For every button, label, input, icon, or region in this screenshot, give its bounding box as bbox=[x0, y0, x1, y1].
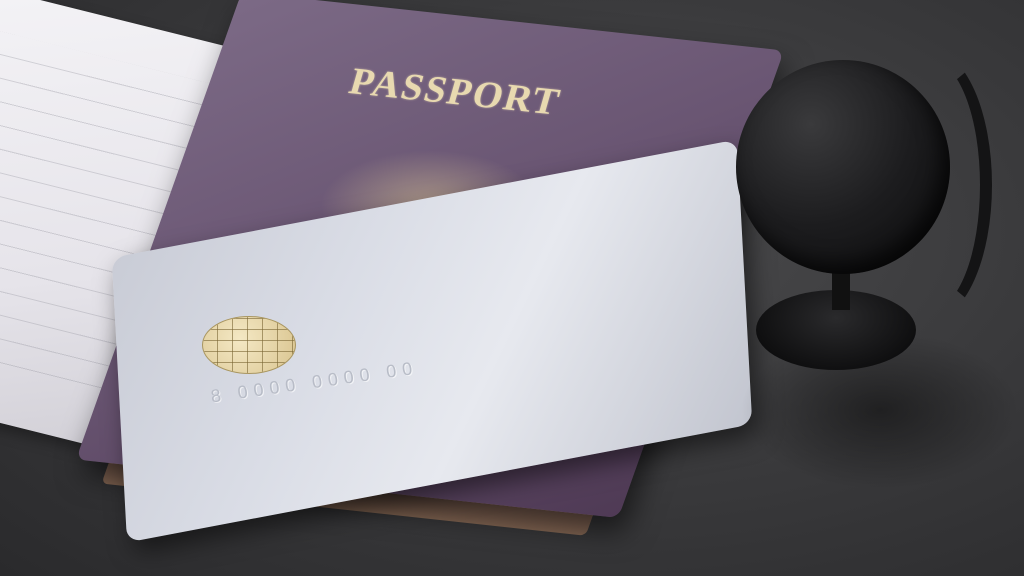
globe-meridian-arc bbox=[870, 50, 992, 320]
card-chip-globe-icon bbox=[202, 316, 296, 374]
globe-stem bbox=[832, 270, 850, 310]
photo-scene: PASSPORT 8 0000 0000 00 bbox=[0, 0, 1024, 576]
